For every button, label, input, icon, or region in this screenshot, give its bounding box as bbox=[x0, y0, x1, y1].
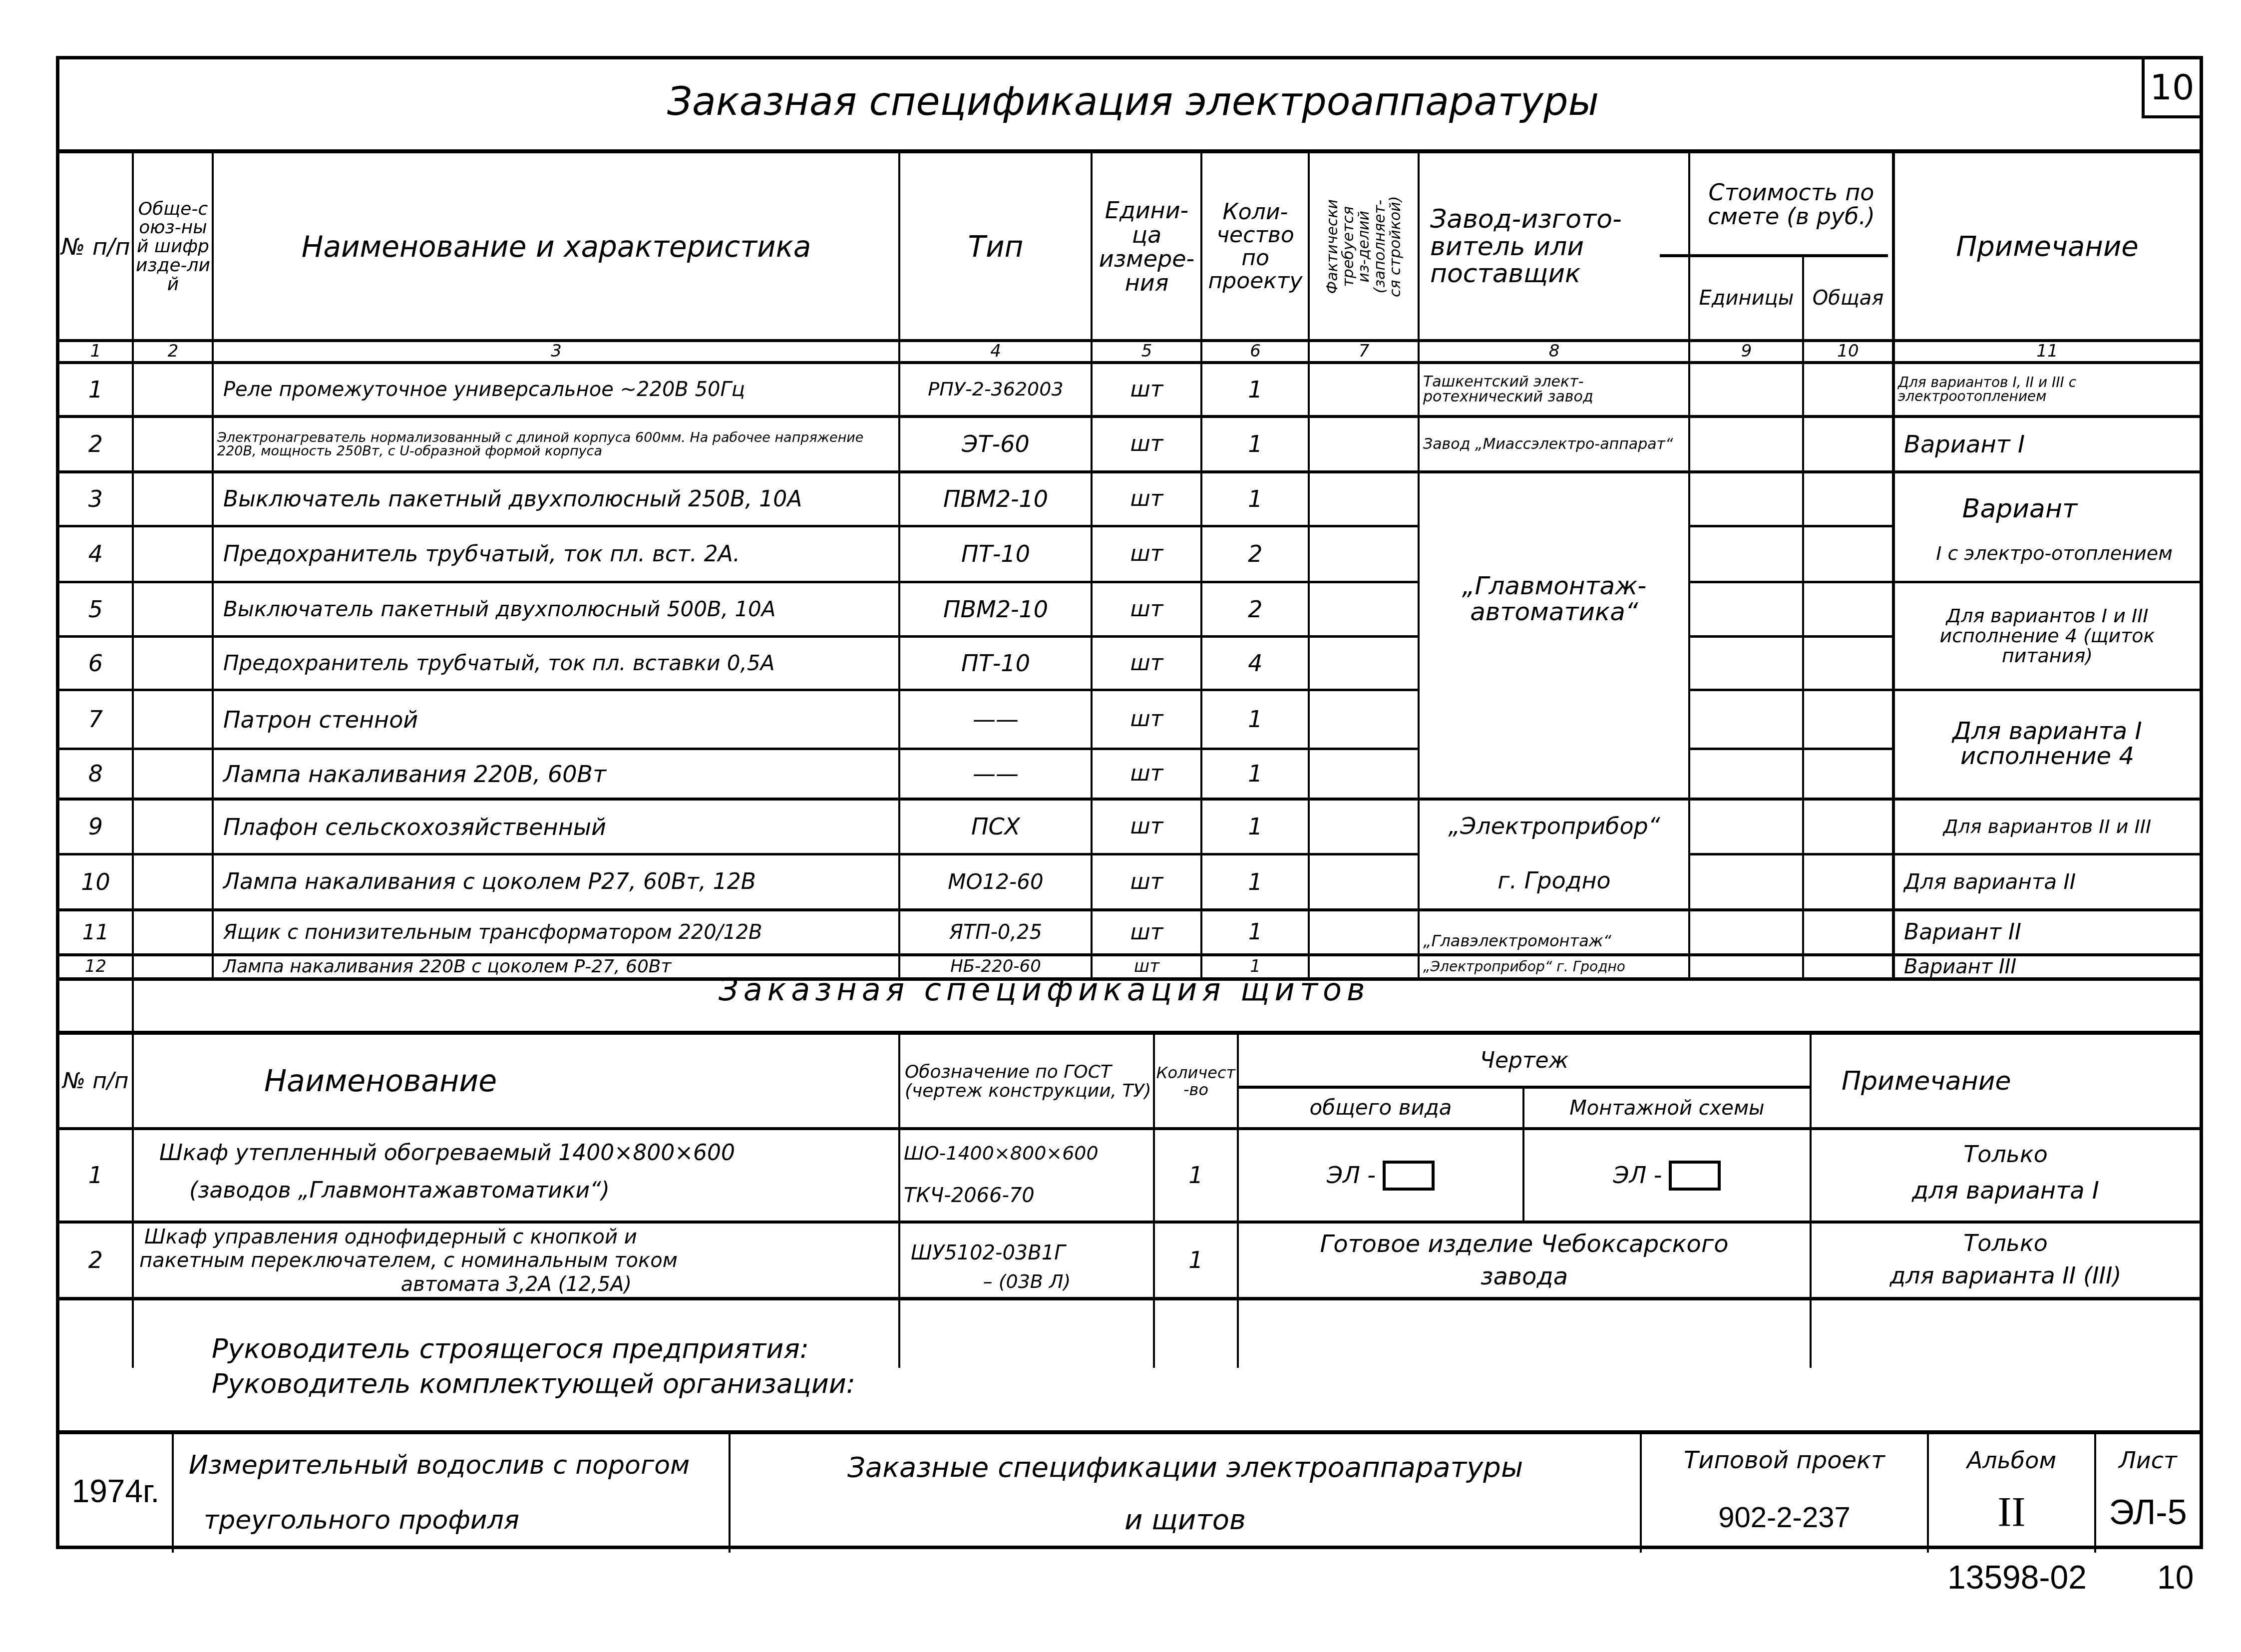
header-actual: Фактически требуется из-делий (заполняет… bbox=[1310, 154, 1418, 339]
row-name: Ящик с понизительным трансформатором 220… bbox=[214, 911, 898, 953]
row-unit: шт bbox=[1093, 527, 1200, 581]
page-number: 10 bbox=[2157, 1558, 2194, 1596]
colnum-5: 5 bbox=[1093, 342, 1200, 361]
colnum-1: 1 bbox=[59, 342, 132, 361]
row-qty: 4 bbox=[1203, 638, 1308, 689]
panels-header-num: № п/п bbox=[59, 1036, 132, 1127]
row-name: Предохранитель трубчатый, ток пл. вставк… bbox=[214, 638, 898, 689]
header-type: Тип bbox=[901, 154, 1091, 339]
panels-header-wiring: Монтажной схемы bbox=[1524, 1089, 1810, 1127]
panel-row-name-2: пакетным переключателем, с номинальным т… bbox=[134, 1248, 898, 1273]
row-unit: шт bbox=[1093, 911, 1200, 953]
row-maker: „Главэлектромонтаж“ bbox=[1420, 928, 1688, 953]
title-block-project-label: Типовой проект bbox=[1642, 1438, 1927, 1483]
row-qty: 1 bbox=[1203, 473, 1308, 525]
row-note: Вариант I bbox=[1895, 418, 2200, 470]
row-name: Лампа накаливания 220В, 60Вт bbox=[214, 750, 898, 798]
colnum-11: 11 bbox=[1895, 342, 2200, 361]
colnum-3: 3 bbox=[214, 342, 898, 361]
row-type: —— bbox=[901, 691, 1091, 748]
colnum-4: 4 bbox=[901, 342, 1091, 361]
row-type: ПВМ2-10 bbox=[901, 583, 1091, 635]
panel-row-note-1: Только bbox=[1812, 1228, 2200, 1258]
panel-row-designation-1: ШО-1400×800×600 bbox=[901, 1133, 1153, 1173]
panel-row-drawing-merged-1: Готовое изделие Чебоксарского bbox=[1239, 1228, 1810, 1260]
row-note: Для вариантов II и III bbox=[1895, 801, 2200, 853]
row-name: Выключатель пакетный двухполюсный 500В, … bbox=[214, 583, 898, 635]
panel-row-designation-2: ТКЧ-2066-70 bbox=[901, 1176, 1153, 1216]
drawing-sheet: 10 Заказная спецификация электроаппарату… bbox=[56, 56, 2203, 1549]
header-note: Примечание bbox=[1895, 154, 2200, 339]
row-maker: Ташкентский элект-ротехнический завод bbox=[1420, 364, 1688, 415]
row-num: 10 bbox=[59, 855, 132, 908]
colnum-6: 6 bbox=[1203, 342, 1308, 361]
panels-header-designation: Обозначение по ГОСТ (чертеж конструкции,… bbox=[901, 1036, 1157, 1127]
row-type: ЭТ-60 bbox=[901, 418, 1091, 470]
header-name: Наименование и характеристика bbox=[214, 154, 898, 339]
title-block-sheet-title-1: Заказные спецификации электроаппаратуры bbox=[731, 1445, 1640, 1490]
colnum-7: 7 bbox=[1310, 342, 1418, 361]
title-block-object-1: Измерительный водослив с порогом bbox=[174, 1443, 728, 1488]
row-maker: „Электроприбор“ г. Гродно bbox=[1420, 956, 1688, 977]
panel-row-note-2: для варианта II (III) bbox=[1812, 1258, 2200, 1293]
row-qty: 1 bbox=[1203, 801, 1308, 853]
row-num: 12 bbox=[59, 956, 132, 977]
row-num: 8 bbox=[59, 750, 132, 798]
header-unit: Едини-ца измере-ния bbox=[1093, 154, 1200, 339]
row-unit: шт bbox=[1093, 418, 1200, 470]
row-name: Плафон сельскохозяйственный bbox=[214, 801, 898, 853]
row-type: ПТ-10 bbox=[901, 527, 1091, 581]
panel-row-num: 2 bbox=[59, 1224, 132, 1297]
panel-row-general-view: ЭЛ - bbox=[1239, 1130, 1522, 1221]
panel-row-note-2: для варианта I bbox=[1812, 1171, 2200, 1211]
row-unit: шт bbox=[1093, 691, 1200, 748]
panel-row-drawing-merged-2: завода bbox=[1239, 1260, 1810, 1293]
header-qty: Коли-чество по проекту bbox=[1203, 154, 1308, 339]
row-note: Вариант II bbox=[1895, 911, 2200, 953]
row-note: Для вариантов I, II и III с электроотопл… bbox=[1895, 364, 2200, 415]
merged-note-variant-2: I с электро-отоплением bbox=[1922, 529, 2187, 579]
row-qty: 2 bbox=[1203, 583, 1308, 635]
row-qty: 1 bbox=[1203, 691, 1308, 748]
panel-row-note-1: Только bbox=[1812, 1136, 2200, 1173]
panel-row-name-1: Шкаф утепленный обогреваемый 1400×800×60… bbox=[134, 1133, 898, 1173]
title-block-sheet-label: Лист bbox=[2096, 1438, 2200, 1483]
header-cost-group: Стоимость по смете (в руб.) bbox=[1691, 154, 1892, 254]
panel-row-qty: 1 bbox=[1155, 1224, 1237, 1297]
title-block-sheet-title-2: и щитов bbox=[731, 1498, 1640, 1543]
row-unit: шт bbox=[1093, 473, 1200, 525]
blank-sheet-number-box bbox=[1383, 1161, 1435, 1191]
row-qty: 1 bbox=[1203, 911, 1308, 953]
row-num: 2 bbox=[59, 418, 132, 470]
row-note: Для варианта II bbox=[1895, 855, 2200, 908]
title-block-album-label: Альбом bbox=[1929, 1438, 2094, 1483]
blank-sheet-number-box bbox=[1669, 1161, 1721, 1191]
row-num: 3 bbox=[59, 473, 132, 525]
row-name: Предохранитель трубчатый, ток пл. вст. 2… bbox=[214, 527, 898, 581]
signature-line-supplier: Руководитель комплектующей организации: bbox=[212, 1368, 855, 1399]
panels-header-general-view: общего вида bbox=[1239, 1089, 1522, 1127]
row-qty: 1 bbox=[1203, 364, 1308, 415]
row-name: Реле промежуточное универсальное ~220В 5… bbox=[214, 364, 898, 415]
panel-row-num: 1 bbox=[59, 1130, 132, 1221]
page-title: Заказная спецификация электроаппаратуры bbox=[59, 79, 2207, 124]
panel-row-name-2: (заводов „Главмонтажавтоматики“) bbox=[134, 1171, 898, 1211]
signature-line-construction: Руководитель строящегося предприятия: bbox=[212, 1333, 809, 1364]
row-name: Выключатель пакетный двухполюсный 250В, … bbox=[214, 473, 898, 525]
merged-maker-electropribor-2: г. Гродно bbox=[1420, 855, 1688, 905]
row-type: ПСХ bbox=[901, 801, 1091, 853]
panels-header-drawing: Чертеж bbox=[1239, 1036, 1810, 1086]
row-unit: шт bbox=[1093, 583, 1200, 635]
row-type: ПТ-10 bbox=[901, 638, 1091, 689]
row-qty: 1 bbox=[1203, 418, 1308, 470]
row-unit: шт bbox=[1093, 750, 1200, 798]
colnum-2: 2 bbox=[134, 342, 212, 361]
row-num: 5 bbox=[59, 583, 132, 635]
row-type: —— bbox=[901, 750, 1091, 798]
row-name: Лампа накаливания с цоколем Р27, 60Вт, 1… bbox=[214, 855, 898, 908]
row-unit: шт bbox=[1093, 801, 1200, 853]
header-code: Обще-союз-ный шифр изде-лий bbox=[134, 154, 212, 339]
row-unit: шт bbox=[1093, 364, 1200, 415]
archive-number: 13598-02 bbox=[1947, 1558, 2087, 1596]
panel-row-name-3: автомата 3,2А (12,5А) bbox=[134, 1272, 898, 1297]
panels-header-qty: Количест-во bbox=[1155, 1036, 1237, 1127]
panel-row-designation-1: ШУ5102-03В1Г bbox=[901, 1238, 1153, 1268]
row-num: 7 bbox=[59, 691, 132, 748]
row-num: 11 bbox=[59, 911, 132, 953]
title-block-sheet-value: ЭЛ-5 bbox=[2096, 1483, 2200, 1543]
panels-header-note: Примечание bbox=[1812, 1036, 2230, 1127]
panels-header-name: Наименование bbox=[134, 1036, 1028, 1127]
row-num: 6 bbox=[59, 638, 132, 689]
panel-row-wiring: ЭЛ - bbox=[1524, 1130, 1810, 1221]
row-num: 1 bbox=[59, 364, 132, 415]
row-note: Вариант III bbox=[1895, 956, 2200, 977]
merged-maker-electropribor-1: „Электроприбор“ bbox=[1420, 804, 1688, 848]
colnum-9: 9 bbox=[1691, 342, 1802, 361]
row-maker: Завод „Миассэлектро-аппарат“ bbox=[1420, 418, 1688, 470]
row-num: 9 bbox=[59, 801, 132, 853]
title-block-album-value: II bbox=[1929, 1483, 2094, 1543]
merged-maker-glavmontazh: „Главмонтаж-автоматика“ bbox=[1420, 559, 1688, 639]
row-type: ЯТП-0,25 bbox=[901, 911, 1091, 953]
title-block-object-2: треугольного профиля bbox=[174, 1498, 728, 1543]
title-block-year: 1974г. bbox=[59, 1434, 172, 1549]
row-qty: 2 bbox=[1203, 527, 1308, 581]
header-cost-total: Общая bbox=[1804, 257, 1892, 339]
row-name: Патрон стенной bbox=[214, 691, 898, 748]
row-qty: 1 bbox=[1203, 750, 1308, 798]
row-qty: 1 bbox=[1203, 855, 1308, 908]
row-type: РПУ-2-362003 bbox=[901, 364, 1091, 415]
row-type: ПВМ2-10 bbox=[901, 473, 1091, 525]
panel-row-designation-2: – (03В Л) bbox=[901, 1268, 1153, 1295]
row-num: 4 bbox=[59, 527, 132, 581]
merged-note-variant-1: Вариант bbox=[1895, 489, 2145, 529]
panels-section-title: Заказная спецификация щитов bbox=[719, 971, 1370, 1008]
colnum-8: 8 bbox=[1420, 342, 1688, 361]
header-num: № п/п bbox=[59, 154, 132, 339]
header-cost-unit: Единицы bbox=[1691, 257, 1802, 339]
panel-row-name-1: Шкаф управления однофидерный с кнопкой и bbox=[134, 1225, 898, 1249]
row-unit: шт bbox=[1093, 638, 1200, 689]
merged-note-variants-1-3: Для вариантов I и III исполнение 4 (щито… bbox=[1895, 586, 2200, 686]
row-unit: шт bbox=[1093, 855, 1200, 908]
merged-note-variant-1-exec4: Для варианта I исполнение 4 bbox=[1895, 696, 2200, 791]
title-block-project-value: 902-2-237 bbox=[1642, 1493, 1927, 1543]
row-name: Электронагреватель нормализованный с дли… bbox=[214, 418, 898, 470]
colnum-10: 10 bbox=[1804, 342, 1892, 361]
row-type: МО12-60 bbox=[901, 855, 1091, 908]
header-maker: Завод-изгото-витель или поставщик bbox=[1420, 154, 1698, 339]
panel-row-qty: 1 bbox=[1155, 1130, 1237, 1221]
